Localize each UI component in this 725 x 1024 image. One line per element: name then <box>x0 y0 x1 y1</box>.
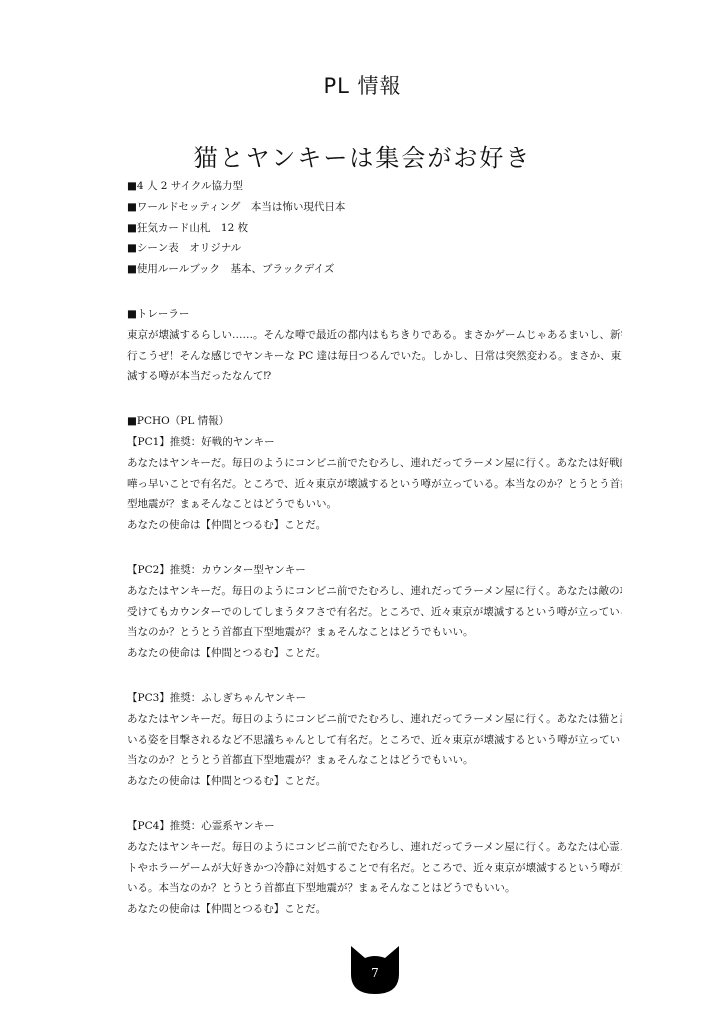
pc3-block: 【PC3】推奨：ふしぎちゃんヤンキー あなたはヤンキーだ。毎日のようにコンビニ前… <box>127 688 622 792</box>
pc-title: 【PC2】推奨：カウンター型ヤンキー <box>127 560 622 581</box>
pc-description-line: 当なのか？とうとう首都直下型地震が？まぁそんなことはどうでもいい。 <box>127 750 622 771</box>
pc-description-line: いる。本当なのか？とうとう首都直下型地震が？まぁそんなことはどうでもいい。 <box>127 878 622 899</box>
pc4-block: 【PC4】推奨：心霊系ヤンキー あなたはヤンキーだ。毎日のようにコンビニ前でたむ… <box>127 816 622 920</box>
pc-description-line: あなたはヤンキーだ。毎日のようにコンビニ前でたむろし、連れだってラーメン屋に行く… <box>127 837 622 858</box>
pc-description-line: 型地震が？まぁそんなことはどうでもいい。 <box>127 494 622 515</box>
pc-description-line: トやホラーゲームが大好きかつ冷静に対処することで有名だ。ところで、近々東京が壊滅… <box>127 858 622 879</box>
overview-item: ■狂気カード山札 12 枚 <box>127 218 622 239</box>
pc-title: 【PC1】推奨：好戦的ヤンキー <box>127 432 622 453</box>
trailer-section: ■トレーラー 東京が壊滅するらしい……。そんな噂で最近の都内はもちきりである。ま… <box>127 304 622 387</box>
pc-mission: あなたの使命は【仲間とつるむ】ことだ。 <box>127 515 622 536</box>
pc-description-line: 嘩っ早いことで有名だ。ところで、近々東京が壊滅するという噂が立っている。本当なの… <box>127 474 622 495</box>
pc-description-line: あなたはヤンキーだ。毎日のようにコンビニ前でたむろし、連れだってラーメン屋に行く… <box>127 453 622 474</box>
pc-title: 【PC3】推奨：ふしぎちゃんヤンキー <box>127 688 622 709</box>
pc2-block: 【PC2】推奨：カウンター型ヤンキー あなたはヤンキーだ。毎日のようにコンビニ前… <box>127 560 622 664</box>
pc-mission: あなたの使命は【仲間とつるむ】ことだ。 <box>127 771 622 792</box>
pcho-heading: ■PCHO（PL 情報） <box>127 411 622 432</box>
page-title: PL 情報 <box>0 70 725 100</box>
trailer-line: 東京が壊滅するらしい……。そんな噂で最近の都内はもちきりである。まさかゲームじゃ… <box>127 325 622 346</box>
document-body: ■4 人 2 サイクル協力型 ■ワールドセッティング 本当は怖い現代日本 ■狂気… <box>127 176 622 920</box>
pc-title: 【PC4】推奨：心霊系ヤンキー <box>127 816 622 837</box>
trailer-line: 行こうぜ！そんな感じでヤンキーな PC 達は毎日つるんでいた。しかし、日常は突然… <box>127 346 622 367</box>
pc-mission: あなたの使命は【仲間とつるむ】ことだ。 <box>127 899 622 920</box>
pc-description-line: 当なのか？とうとう首都直下型地震が？まぁそんなことはどうでもいい。 <box>127 622 622 643</box>
trailer-heading: ■トレーラー <box>127 304 622 325</box>
overview-item: ■シーン表 オリジナル <box>127 238 622 259</box>
pcho-section: ■PCHO（PL 情報） 【PC1】推奨：好戦的ヤンキー あなたはヤンキーだ。毎… <box>127 411 622 920</box>
overview-item: ■4 人 2 サイクル協力型 <box>127 176 622 197</box>
overview-list: ■4 人 2 サイクル協力型 ■ワールドセッティング 本当は怖い現代日本 ■狂気… <box>127 176 622 280</box>
pc-description-line: あなたはヤンキーだ。毎日のようにコンビニ前でたむろし、連れだってラーメン屋に行く… <box>127 581 622 602</box>
overview-item: ■ワールドセッティング 本当は怖い現代日本 <box>127 197 622 218</box>
trailer-line: 滅する噂が本当だったなんて⁉ <box>127 366 622 387</box>
pc-description-line: いる姿を目撃されるなど不思議ちゃんとして有名だ。ところで、近々東京が壊滅するとい… <box>127 730 622 751</box>
pc-mission: あなたの使命は【仲間とつるむ】ことだ。 <box>127 643 622 664</box>
pc-description-line: 受けてもカウンターでのしてしまうタフさで有名だ。ところで、近々東京が壊滅するとい… <box>127 602 622 623</box>
scenario-title: 猫とヤンキーは集会がお好き <box>0 138 725 173</box>
overview-item: ■使用ルールブック 基本、ブラックデイズ <box>127 259 622 280</box>
pc-description-line: あなたはヤンキーだ。毎日のようにコンビニ前でたむろし、連れだってラーメン屋に行く… <box>127 709 622 730</box>
pc1-block: 【PC1】推奨：好戦的ヤンキー あなたはヤンキーだ。毎日のようにコンビニ前でたむ… <box>127 432 622 536</box>
page-number: 7 <box>349 966 401 980</box>
